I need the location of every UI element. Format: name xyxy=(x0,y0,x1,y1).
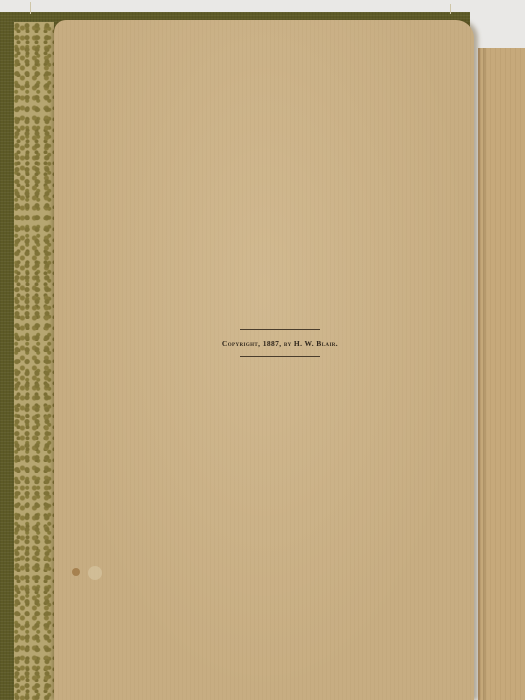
patterned-endpaper xyxy=(14,22,54,700)
frayed-thread xyxy=(450,4,451,14)
bottom-rule xyxy=(240,356,320,357)
copyright-page xyxy=(54,20,474,700)
foxing-spot xyxy=(88,566,102,580)
book-photo: Copyright, 1887, by H. W. Blair. xyxy=(0,0,525,700)
foxing-spot xyxy=(72,568,80,576)
page-gutter xyxy=(483,48,487,700)
top-rule xyxy=(240,329,320,330)
copyright-block: Copyright, 1887, by H. W. Blair. xyxy=(200,329,360,357)
frayed-thread xyxy=(30,2,31,14)
copyright-notice: Copyright, 1887, by H. W. Blair. xyxy=(200,339,360,348)
